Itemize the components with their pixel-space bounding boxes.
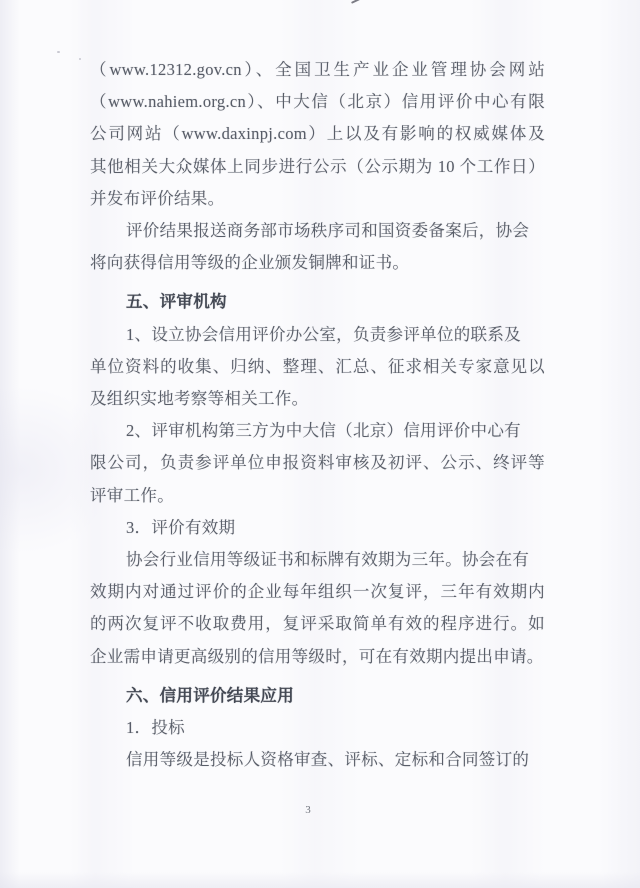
text-line: 企业需申请更高级别的信用等级时，可在有效期内提出申请。 (90, 641, 545, 673)
text-line: 并发布评价结果。 (90, 183, 545, 215)
text-line: （www.nahiem.org.cn）、中大信（北京）信用评价中心有限 (90, 86, 545, 118)
section-heading: 五、评审机构 (90, 286, 545, 318)
text-line: 3．评价有效期 (90, 512, 545, 544)
text-line: 限公司，负责参评单位申报资料审核及初评、公示、终评等 (90, 447, 545, 479)
text-line: 信用等级是投标人资格审查、评标、定标和合同签订的 (90, 744, 545, 776)
text-line: 1、设立协会信用评价办公室，负责参评单位的联系及 (90, 319, 545, 351)
text-line: 公司网站（www.daxinpj.com）上以及有影响的权威媒体及 (90, 118, 545, 150)
text-line: 协会行业信用等级证书和标牌有效期为三年。协会在有 (90, 544, 545, 576)
document-body: （www.12312.gov.cn）、全国卫生产业企业管理协会网站（www.na… (90, 54, 545, 776)
ink-speck (79, 58, 81, 60)
text-line: 效期内对通过评价的企业每年组织一次复评，三年有效期内 (90, 576, 545, 608)
scanned-document-page: （www.12312.gov.cn）、全国卫生产业企业管理协会网站（www.na… (0, 0, 640, 888)
text-line: 评价结果报送商务部市场秩序司和国资委备案后，协会 (90, 215, 545, 247)
section-heading: 六、信用评价结果应用 (90, 680, 545, 712)
text-line: 单位资料的收集、归纳、整理、汇总、征求相关专家意见以 (90, 351, 545, 383)
text-line: 及组织实地考察等相关工作。 (90, 383, 545, 415)
text-line: 将向获得信用等级的企业颁发铜牌和证书。 (90, 247, 545, 279)
text-line: 的两次复评不收取费用，复评采取简单有效的程序进行。如 (90, 608, 545, 640)
text-line: （www.12312.gov.cn）、全国卫生产业企业管理协会网站 (90, 54, 545, 86)
page-number: 3 (298, 804, 318, 816)
text-line: 评审工作。 (90, 480, 545, 512)
scan-pen-mark (351, 0, 360, 4)
ink-speck (57, 51, 60, 53)
text-line: 其他相关大众媒体上同步进行公示（公示期为 10 个工作日） (90, 151, 545, 183)
text-line: 2、评审机构第三方为中大信（北京）信用评价中心有 (90, 415, 545, 447)
text-line: 1．投标 (90, 712, 545, 744)
